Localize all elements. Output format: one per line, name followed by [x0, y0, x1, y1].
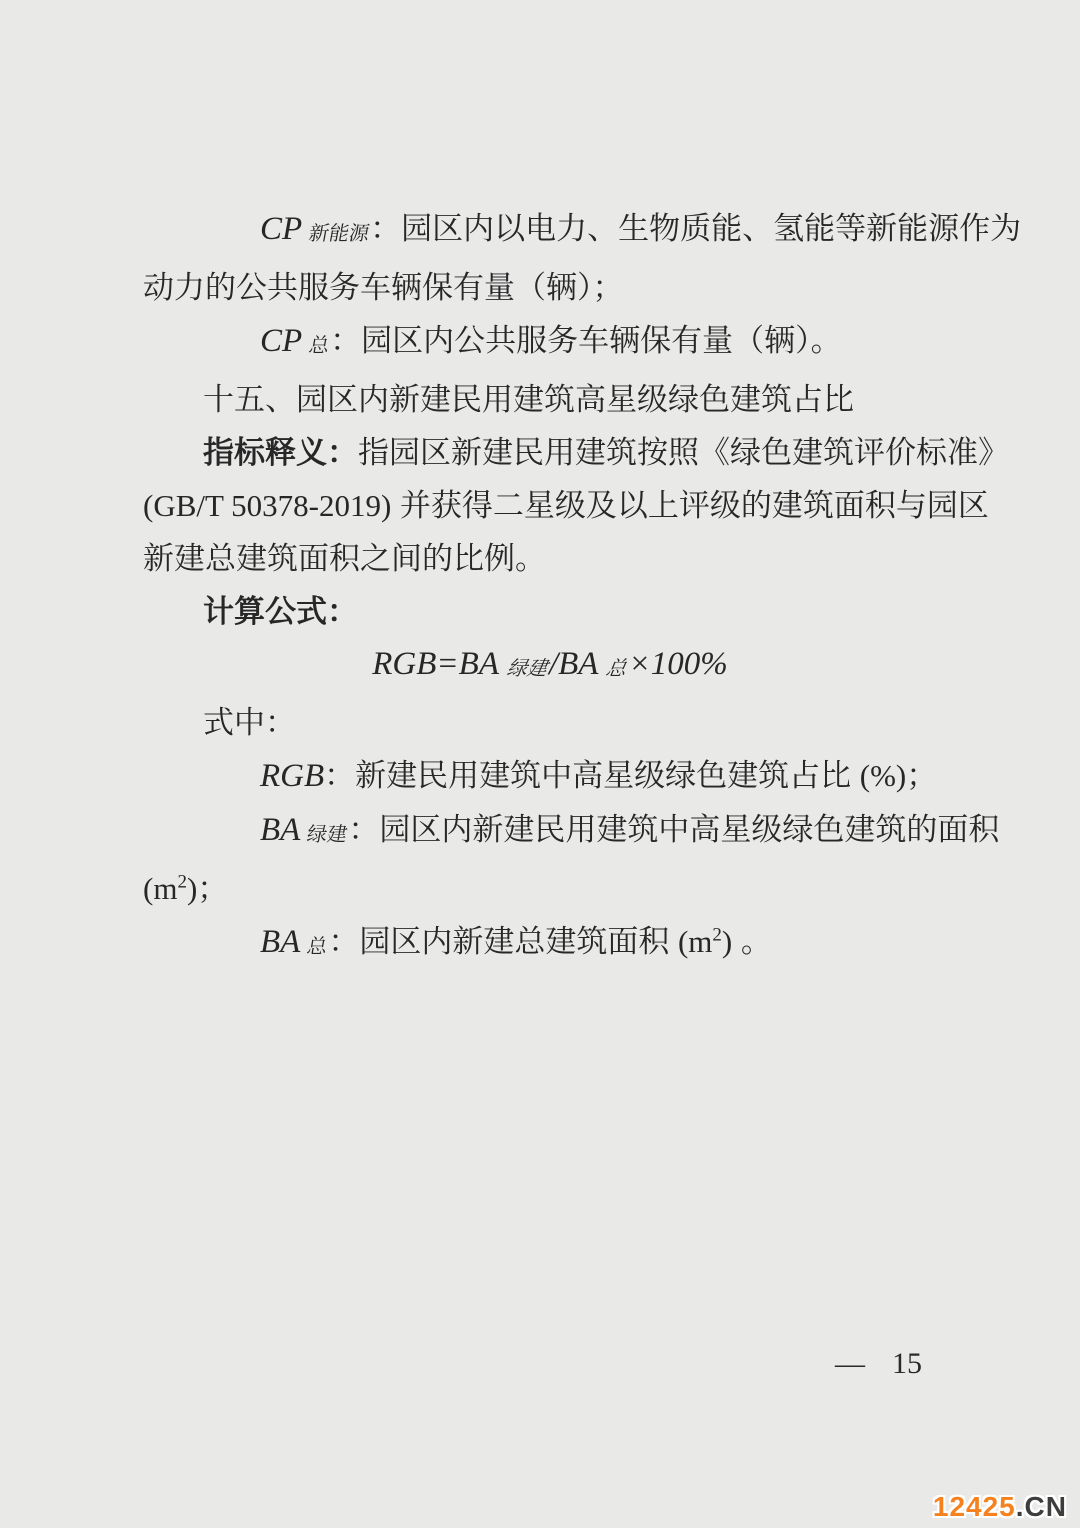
section-heading-15: 十五、园区内新建民用建筑高星级绿色建筑占比 — [143, 373, 957, 426]
page-footer: —15 — [835, 1347, 922, 1381]
formula-subscript-green: 绿建 — [502, 643, 551, 696]
where-label-line: 式中： — [143, 696, 957, 749]
variable-cp: CP — [260, 211, 302, 247]
watermark-site: 12425 — [933, 1491, 1016, 1522]
ba-green-unit-superscript: 2 — [177, 872, 187, 893]
formula-label-line: 计算公式： — [143, 585, 957, 638]
para-ba-green-line2: (m2)； — [143, 862, 957, 915]
formula-part3: ×100% — [628, 646, 727, 682]
cp-newenergy-text2: 动力的公共服务车辆保有量（辆）； — [143, 270, 624, 305]
para-cp-total: CP总：园区内公共服务车辆保有量（辆）。 — [143, 314, 957, 373]
para-cp-newenergy-line2: 动力的公共服务车辆保有量（辆）； — [143, 261, 957, 314]
cp-newenergy-text1: ：园区内以电力、生物质能、氢能等新能源作为 — [370, 211, 1021, 246]
rgb-text1: ：新建民用建筑中高星级绿色建筑占比 — [324, 758, 860, 793]
ba-green-unit-close: ) — [187, 871, 197, 906]
para-definition-line3: 新建总建筑面积之间的比例。 — [143, 532, 957, 585]
document-page: CP新能源：园区内以电力、生物质能、氢能等新能源作为 动力的公共服务车辆保有量（… — [0, 0, 1080, 1528]
formula-subscript-total: 总 — [602, 643, 631, 696]
para-cp-newenergy-line1: CP新能源：园区内以电力、生物质能、氢能等新能源作为 — [143, 202, 957, 261]
definition-label: 指标释义： — [203, 435, 358, 470]
ba-green-unit-open: (m — [143, 871, 177, 906]
page-number: 15 — [892, 1347, 922, 1380]
ba-total-unit-close: ) — [722, 924, 732, 959]
where-label: 式中： — [203, 705, 296, 740]
heading-15-text: 十五、园区内新建民用建筑高星级绿色建筑占比 — [203, 382, 854, 417]
watermark-12425cn: 12425.CN — [933, 1491, 1067, 1523]
subscript-green-building: 绿建 — [303, 809, 352, 862]
definition-text2: 并获得二星级及以上评级的建筑面积与园区 — [391, 488, 989, 523]
ba-green-tail: ； — [197, 871, 228, 906]
subscript-newenergy: 新能源 — [304, 208, 373, 261]
definition-text3: 新建总建筑面积之间的比例。 — [143, 541, 546, 576]
para-ba-total: BA总：园区内新建总建筑面积 (m2) 。 — [143, 915, 957, 974]
rgb-text2: ； — [906, 758, 937, 793]
definition-text1: 指园区新建民用建筑按照《绿色建筑评价标准》 — [358, 435, 1009, 470]
footer-dash: — — [835, 1347, 865, 1380]
para-definition-line1: 指标释义：指园区新建民用建筑按照《绿色建筑评价标准》 — [143, 426, 957, 479]
formula: RGB=BA绿建/BA总×100% — [143, 638, 957, 696]
variable-cp-total: CP — [260, 323, 302, 359]
rgb-unit-percent: (%) — [860, 758, 906, 793]
formula-part2: /BA — [549, 646, 598, 682]
formula-label: 计算公式： — [203, 594, 358, 629]
ba-green-text1: ：园区内新建民用建筑中高星级绿色建筑的面积 — [348, 812, 999, 847]
para-ba-green-line1: BA绿建：园区内新建民用建筑中高星级绿色建筑的面积 — [143, 803, 957, 862]
formula-part1: RGB=BA — [372, 646, 499, 682]
ba-total-unit-superscript: 2 — [712, 925, 722, 946]
para-definition-line2: (GB/T 50378-2019) 并获得二星级及以上评级的建筑面积与园区 — [143, 479, 957, 532]
variable-rgb: RGB — [260, 758, 324, 794]
watermark-tld: .CN — [1016, 1491, 1067, 1522]
gbt-standard-code: (GB/T 50378-2019) — [143, 488, 391, 523]
body-text: CP新能源：园区内以电力、生物质能、氢能等新能源作为 动力的公共服务车辆保有量（… — [143, 202, 957, 974]
ba-total-unit-open: (m — [678, 924, 712, 959]
cp-total-text: ：园区内公共服务车辆保有量（辆）。 — [330, 323, 842, 358]
ba-total-text1: ：园区内新建总建筑面积 — [328, 924, 678, 959]
variable-ba-green: BA — [260, 812, 300, 848]
ba-total-tail: 。 — [732, 924, 772, 959]
variable-ba-total: BA — [260, 924, 300, 960]
para-rgb: RGB：新建民用建筑中高星级绿色建筑占比 (%)； — [143, 749, 957, 803]
